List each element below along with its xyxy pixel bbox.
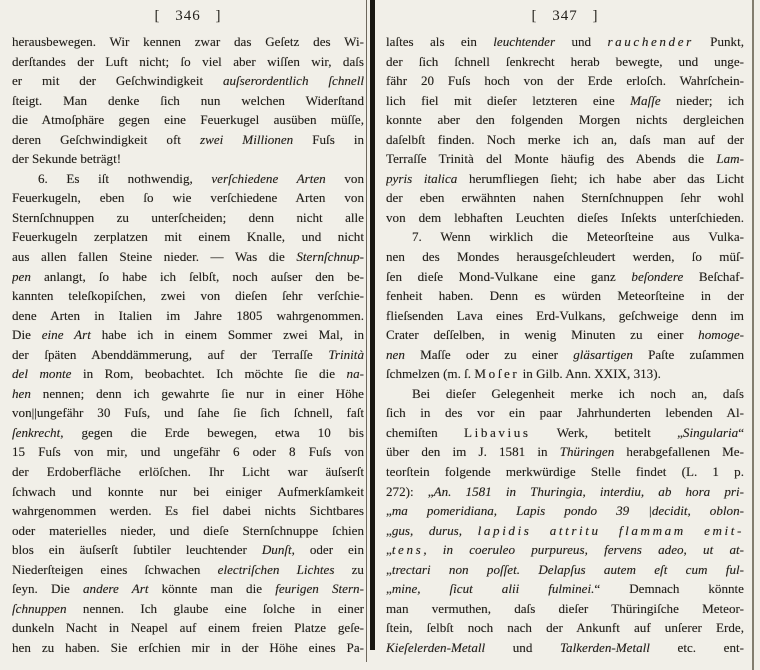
page-347: [ 347 ] laſtes als ein leuchtender und r…	[386, 8, 744, 658]
text-segment: ſteigt. Man denke ſich nun welchen Wider…	[12, 93, 364, 108]
text-line: konnte aber den folgenden Morgen nichts …	[386, 110, 744, 130]
text-segment: Bei dieſer Gelegenheit merke ich noch an…	[412, 386, 744, 401]
text-segment: mine, ſicut alii fulminei.	[392, 581, 595, 596]
text-line: ſchnuppen nennen. Ich glaube eine ſolche…	[12, 599, 364, 619]
text-segment: deren Geſchwindigkeit oft	[12, 132, 200, 147]
text-line: deren Geſchwindigkeit oft zwei Millionen…	[12, 130, 364, 150]
text-line: laſtes als ein leuchtender und rauchende…	[386, 32, 744, 52]
text-line: pen anlangt, ſo habe ich ſelbſt, noch au…	[12, 267, 364, 287]
text-line: dunkeln Nacht in Neapel auf einem freien…	[12, 618, 364, 638]
text-segment: die Atmoſphäre gegen eine Feuerkugel aus…	[12, 112, 364, 127]
text-line: fenheit haben. Denn es würden Meteorſtei…	[386, 286, 744, 306]
text-segment: zu	[334, 562, 364, 577]
text-segment: chemiſten	[386, 425, 464, 440]
text-line: über den im J. 1581 in Thüringen herabge…	[386, 442, 744, 462]
text-segment: Maſſe oder zu einer	[405, 347, 573, 362]
text-segment: “ Demnach könnte	[594, 581, 744, 596]
text-line: der eben erwähnten nahen Sternſchnuppen …	[386, 188, 744, 208]
text-segment: homoge-	[698, 327, 744, 342]
text-line: „ma pomeridiana, Lapis pondo 39 |decidit…	[386, 501, 744, 521]
text-segment: Feuerkugeln, eben ſo wie verſchiedene Ar…	[12, 190, 364, 205]
text-segment: Sternſchnuppen zu unterſcheiden; denn ni…	[12, 210, 364, 225]
text-segment: lich fiel mit dieſer letzteren eine	[386, 93, 630, 108]
text-segment: man vermuthen, daſs dieſer Thüringiſche …	[386, 601, 744, 616]
text-segment: Die	[12, 327, 42, 342]
text-line: pyris italica herumfliegen ſieht; ich ha…	[386, 169, 744, 189]
text-segment: , in coeruleo purpureus, fervens adeo, u…	[423, 542, 744, 557]
text-line: hen nennen; denn ich gewahrte ſie nur in…	[12, 384, 364, 404]
text-segment: pen	[12, 269, 31, 284]
text-segment: tens	[392, 542, 424, 557]
text-segment: Crater deſſelben, in wenig Minuten zu ei…	[386, 327, 698, 342]
page-346: [ 346 ] herausbewegen. Wir kennen zwar d…	[12, 8, 364, 658]
text-line: ſtein, ſelbſt noch nach der Ankunft auf …	[386, 618, 744, 638]
text-segment: Terraſſe Trinità del Monte häufig des Ab…	[386, 151, 716, 166]
text-segment: leuchtender	[493, 34, 555, 49]
text-segment: lapidis attritu flammam emit-	[478, 523, 744, 538]
text-segment: ſtein, ſelbſt noch nach der Ankunft auf …	[386, 620, 744, 635]
text-segment: Punkt,	[694, 34, 744, 49]
text-line: Bei dieſer Gelegenheit merke ich noch an…	[386, 384, 744, 404]
text-segment: na-	[347, 366, 364, 381]
text-segment: Thüringen	[560, 444, 615, 459]
text-segment: Kieſelerden-Metall	[386, 640, 485, 655]
text-line: hen zu haben. Sie erſchien mir in der Hö…	[12, 638, 364, 658]
text-line: aus allen fallen Steine nieder. — Was di…	[12, 247, 364, 267]
text-line: ſchwach und konnte nur bei einiger Aufme…	[12, 482, 364, 502]
text-segment: der ſpäten Abenddämmerung, auf der Terra…	[12, 347, 328, 362]
text-segment: eine Art	[42, 327, 91, 342]
text-segment: teorſtein folgende merkwürdige Stelle fi…	[386, 464, 744, 479]
text-segment: ſchnuppen	[12, 601, 67, 616]
text-segment: über den im J. 1581 in	[386, 444, 560, 459]
text-segment: könnte man die	[148, 581, 275, 596]
text-line: von dem lebhaften Leuchten dieſes Inſekt…	[386, 208, 744, 228]
text-line: Sternſchnuppen zu unterſcheiden; denn ni…	[12, 208, 364, 228]
text-segment: daſelbſt finden. Noch merke ich an, daſs…	[386, 132, 744, 147]
text-line: Niederſteigen eines ſchwachen electriſch…	[12, 560, 364, 580]
text-segment: wahrgenommen werden. Es fiel dabei nicht…	[12, 503, 364, 518]
text-segment: pyris italica	[386, 171, 457, 186]
text-segment: ſich in des vor ein paar Jahrhunderten l…	[386, 405, 744, 420]
text-segment: von	[326, 171, 364, 186]
book-scan-page: { "colors": { "paper": "#f1efe8", "ink":…	[0, 0, 760, 670]
text-line: kannten teleſkopiſchen, zwei von dieſen …	[12, 286, 364, 306]
text-line: Die eine Art habe ich in einem Sommer zw…	[12, 325, 364, 345]
text-segment: Feuerkugeln zerplatzen mit einem Knalle,…	[12, 229, 364, 244]
text-segment: kannten teleſkopiſchen, zwei von dieſen …	[12, 288, 364, 303]
text-line: ſeyn. Die andere Art könnte man die feur…	[12, 579, 364, 599]
text-line: dene Arten in Italien im Jahre 1805 wahr…	[12, 306, 364, 326]
text-segment: ſeyn. Die	[12, 581, 83, 596]
text-segment: auſserordentlich ſchnell	[223, 73, 364, 88]
text-segment: derſtandes der Luft nicht; ſo viel aber …	[12, 54, 364, 69]
text-line: flieſsenden Lava eines Erd-Vulkans, geſc…	[386, 306, 744, 326]
text-line: ſen dieſe Mond-Vulkane eine ganz beſonde…	[386, 267, 744, 287]
text-segment: Singularia	[683, 425, 738, 440]
page-number: [ 347 ]	[386, 8, 744, 25]
text-segment: Niederſteigen eines ſchwachen	[12, 562, 218, 577]
text-segment: An. 1581 in Thuringia, interdiu, ab hora…	[434, 484, 744, 499]
text-segment: habe ich in einem Sommer zwei Mal, in	[91, 327, 364, 342]
text-segment: 272): „	[386, 484, 434, 499]
text-line: von||ungefähr 30 Fuſs, und ſahe ſie ſich…	[12, 403, 364, 423]
text-line: man vermuthen, daſs dieſer Thüringiſche …	[386, 599, 744, 619]
text-segment: hen	[12, 386, 31, 401]
text-line: 7. Wenn wirklich die Meteorſteine aus Vu…	[386, 227, 744, 247]
text-segment: Beſchaf-	[683, 269, 744, 284]
text-line: ſteigt. Man denke ſich nun welchen Wider…	[12, 91, 364, 111]
text-segment: Libavius	[464, 425, 531, 440]
text-segment: herausbewegen. Wir kennen zwar das Geſet…	[12, 34, 364, 49]
text-line: 15 Fuſs von mir, und ungefähr 6 oder 8 F…	[12, 442, 364, 462]
text-segment: von||ungefähr 30 Fuſs, und ſahe ſie ſich…	[12, 405, 364, 420]
text-line: daſelbſt finden. Noch merke ich an, daſs…	[386, 130, 744, 150]
text-line: nen Maſſe oder zu einer gläsartigen Paſt…	[386, 345, 744, 365]
text-segment: und	[555, 34, 607, 49]
page-edge-rule	[752, 0, 754, 670]
text-segment: nen	[386, 347, 405, 362]
text-segment: nennen. Ich glaube eine ſolche in einer	[67, 601, 364, 616]
text-line: ſenkrecht, gegen die Erde bewegen, etwa …	[12, 423, 364, 443]
text-segment: “	[738, 425, 744, 440]
text-line: Crater deſſelben, in wenig Minuten zu ei…	[386, 325, 744, 345]
text-line: fähr 20 Fuſs hoch von der Erde erloſch. …	[386, 71, 744, 91]
text-segment: der eben erwähnten nahen Sternſchnuppen …	[386, 190, 744, 205]
text-segment: der Sekunde beträgt!	[12, 151, 121, 166]
text-segment: ſchmelzen (m. ſ.	[386, 366, 474, 381]
text-segment: 6. Es iſt nothwendig,	[38, 171, 211, 186]
text-segment: nieder; ich	[661, 93, 744, 108]
text-segment: Lam-	[716, 151, 744, 166]
page-body: herausbewegen. Wir kennen zwar das Geſet…	[12, 32, 364, 658]
text-segment: Paſte zuſammen	[633, 347, 744, 362]
text-line: 272): „An. 1581 in Thuringia, interdiu, …	[386, 482, 744, 502]
text-segment: nennen; denn ich gewahrte ſie nur in ein…	[31, 386, 364, 401]
text-segment: hen zu haben. Sie erſchien mir in der Hö…	[12, 640, 364, 655]
text-segment: ſenkrecht	[12, 425, 60, 440]
text-line: blos ein äuſserſt ſubtiler leuchtender D…	[12, 540, 364, 560]
text-segment: etc. ent-	[650, 640, 744, 655]
text-segment: anlangt, ſo habe ich ſelbſt, noch auſser…	[31, 269, 364, 284]
text-line: ſich in des vor ein paar Jahrhunderten l…	[386, 403, 744, 423]
text-line: er mit der Geſchwindigkeit auſserordentl…	[12, 71, 364, 91]
text-segment: herabgefallenen Me-	[614, 444, 744, 459]
text-segment: , oder ein	[292, 542, 364, 557]
text-line: ſchmelzen (m. ſ. Moſer in Gilb. Ann. XXI…	[386, 364, 744, 384]
text-line: die Atmoſphäre gegen eine Feuerkugel aus…	[12, 110, 364, 130]
text-segment: Dunſt	[262, 542, 292, 557]
text-segment: , gegen die Erde bewegen, etwa 10 bis	[60, 425, 364, 440]
text-line: „tens, in coeruleo purpureus, fervens ad…	[386, 540, 744, 560]
text-segment: Trinità	[328, 347, 364, 362]
text-segment: ſen dieſe Mond-Vulkane eine ganz	[386, 269, 631, 284]
text-segment: nen des Mondes herausgeſchleudert werden…	[386, 249, 744, 264]
text-line: Kieſelerden-Metall und Talkerden-Metall …	[386, 638, 744, 658]
text-segment: Maſſe	[630, 93, 661, 108]
column-divider-thin-rule	[366, 0, 367, 662]
text-segment: fähr 20 Fuſs hoch von der Erde erloſch. …	[386, 73, 744, 88]
text-segment: oder materielles nieder, und dieſe Stern…	[12, 523, 364, 538]
text-line: lich fiel mit dieſer letzteren eine Maſſ…	[386, 91, 744, 111]
text-line: wahrgenommen werden. Es fiel dabei nicht…	[12, 501, 364, 521]
text-segment: dunkeln Nacht in Neapel auf einem freien…	[12, 620, 364, 635]
text-segment: dene Arten in Italien im Jahre 1805 wahr…	[12, 308, 364, 323]
text-segment: feurigen Stern-	[275, 581, 364, 596]
text-segment: Moſer	[474, 366, 519, 381]
text-line: chemiſten Libavius Werk, betitelt „Singu…	[386, 423, 744, 443]
text-segment: electriſchen Lichtes	[218, 562, 335, 577]
column-divider-thick-rule	[370, 0, 375, 650]
text-segment: Sternſchnup-	[296, 249, 364, 264]
page-body: laſtes als ein leuchtender und rauchende…	[386, 32, 744, 658]
text-line: 6. Es iſt nothwendig, verſchiedene Arten…	[12, 169, 364, 189]
text-segment: gus, durus,	[392, 523, 478, 538]
text-line: Terraſſe Trinità del Monte häufig des Ab…	[386, 149, 744, 169]
text-segment: ſchwach und konnte nur bei einiger Aufme…	[12, 484, 364, 499]
text-segment: del monte	[12, 366, 71, 381]
text-line: derſtandes der Luft nicht; ſo viel aber …	[12, 52, 364, 72]
text-segment: zwei Millionen	[200, 132, 293, 147]
text-segment: ma pomeridiana, Lapis pondo 39 |decidit,…	[392, 503, 744, 518]
text-line: „mine, ſicut alii fulminei.“ Demnach kön…	[386, 579, 744, 599]
text-segment: der Erdoberfläche erlöſchen. Ihr Licht w…	[12, 464, 364, 479]
text-segment: flieſsenden Lava eines Erd-Vulkans, geſc…	[386, 308, 744, 323]
text-line: Feuerkugeln zerplatzen mit einem Knalle,…	[12, 227, 364, 247]
text-segment: der ſich ſchnell ſenkrecht herab bewegte…	[386, 54, 744, 69]
text-segment: andere Art	[83, 581, 149, 596]
text-segment: Fuſs in	[293, 132, 364, 147]
text-segment: er mit der Geſchwindigkeit	[12, 73, 223, 88]
text-segment: 7. Wenn wirklich die Meteorſteine aus Vu…	[412, 229, 744, 244]
text-segment: laſtes als ein	[386, 34, 493, 49]
text-segment: verſchiedene Arten	[211, 171, 325, 186]
page-number: [ 346 ]	[12, 8, 364, 25]
text-segment: aus allen fallen Steine nieder. — Was di…	[12, 249, 296, 264]
text-segment: beſondere	[631, 269, 683, 284]
text-line: nen des Mondes herausgeſchleudert werden…	[386, 247, 744, 267]
text-line: teorſtein folgende merkwürdige Stelle fi…	[386, 462, 744, 482]
text-segment: 15 Fuſs von mir, und ungefähr 6 oder 8 F…	[12, 444, 364, 459]
text-segment: herumfliegen ſieht; ich habe aber das Li…	[457, 171, 744, 186]
text-line: herausbewegen. Wir kennen zwar das Geſet…	[12, 32, 364, 52]
text-line: der Sekunde beträgt!	[12, 149, 364, 169]
text-line: „gus, durus, lapidis attritu flammam emi…	[386, 521, 744, 541]
text-line: Feuerkugeln, eben ſo wie verſchiedene Ar…	[12, 188, 364, 208]
text-segment: gläsartigen	[573, 347, 633, 362]
text-segment: rauchender	[607, 34, 693, 49]
text-segment: konnte aber den folgenden Morgen nichts …	[386, 112, 744, 127]
text-segment: fenheit haben. Denn es würden Meteorſtei…	[386, 288, 744, 303]
text-line: del monte in Rom, beobachtet. Ich möchte…	[12, 364, 364, 384]
text-line: „trectari non poſſet. Delapſus autem eſt…	[386, 560, 744, 580]
text-line: der ſich ſchnell ſenkrecht herab bewegte…	[386, 52, 744, 72]
text-segment: und	[485, 640, 560, 655]
text-segment: von dem lebhaften Leuchten dieſes Inſekt…	[386, 210, 744, 225]
text-line: der ſpäten Abenddämmerung, auf der Terra…	[12, 345, 364, 365]
text-segment: in Gilb. Ann. XXIX, 313).	[519, 366, 660, 381]
text-segment: trectari non poſſet. Delapſus autem eſt …	[392, 562, 744, 577]
text-segment: in Rom, beobachtet. Ich möchte ſie die	[71, 366, 346, 381]
text-segment: blos ein äuſserſt ſubtiler leuchtender	[12, 542, 262, 557]
text-line: oder materielles nieder, und dieſe Stern…	[12, 521, 364, 541]
text-segment: Werk, betitelt „	[531, 425, 683, 440]
text-line: der Erdoberfläche erlöſchen. Ihr Licht w…	[12, 462, 364, 482]
text-segment: Talkerden-Metall	[560, 640, 650, 655]
